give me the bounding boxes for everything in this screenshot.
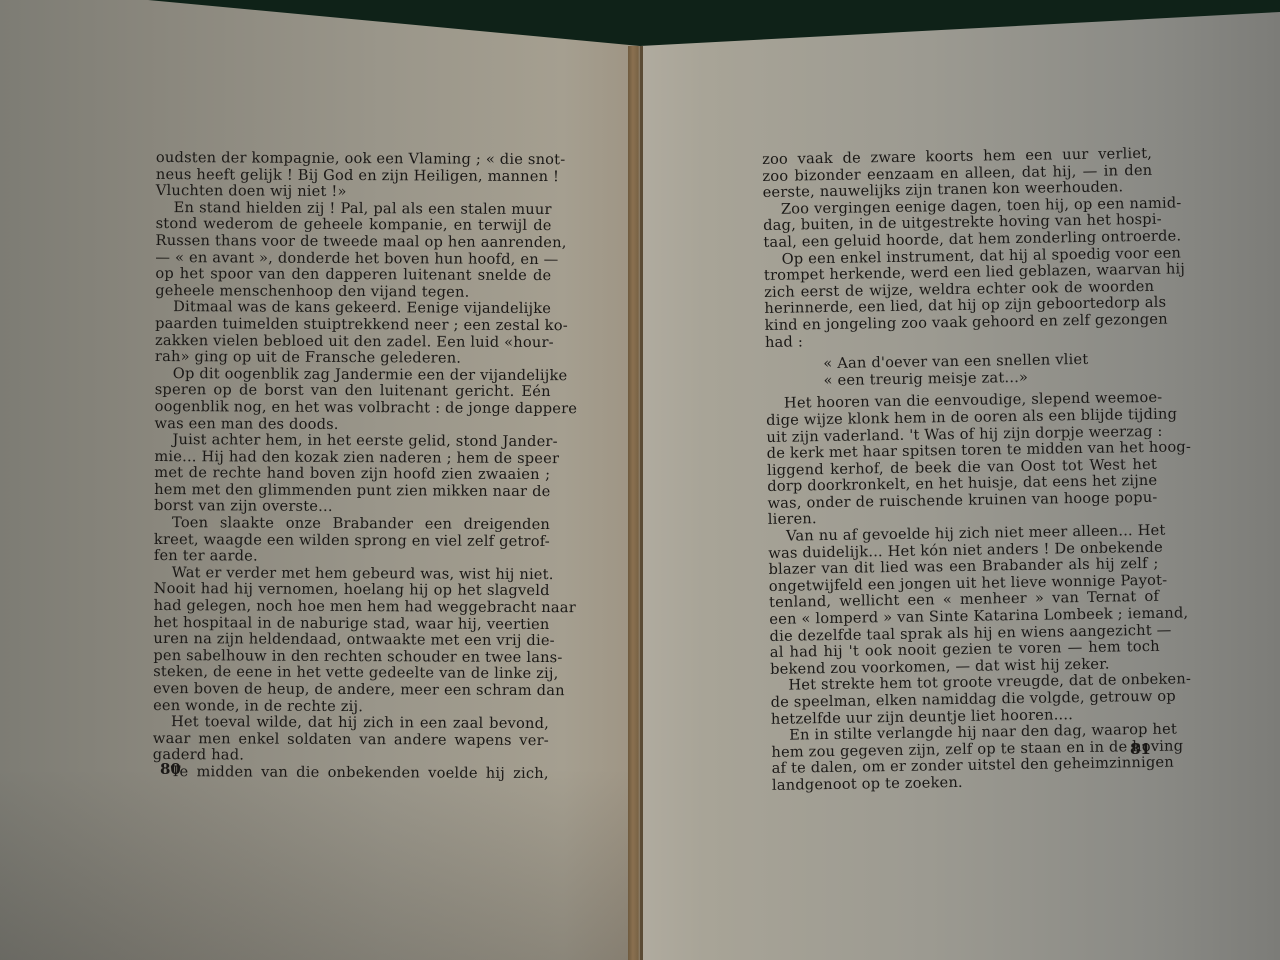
right-page-text: zoo vaak de zware koorts hem een uur ver… xyxy=(762,146,1162,795)
left-page-text: oudsten der kompagnie, ook een Vlaming ;… xyxy=(153,150,552,783)
page-number-right: 81 xyxy=(1130,740,1151,758)
page-number-left: 80 xyxy=(160,760,181,778)
spine-gutter xyxy=(640,46,643,960)
text-line: Te midden van die onbekenden voelde hij … xyxy=(153,764,549,783)
